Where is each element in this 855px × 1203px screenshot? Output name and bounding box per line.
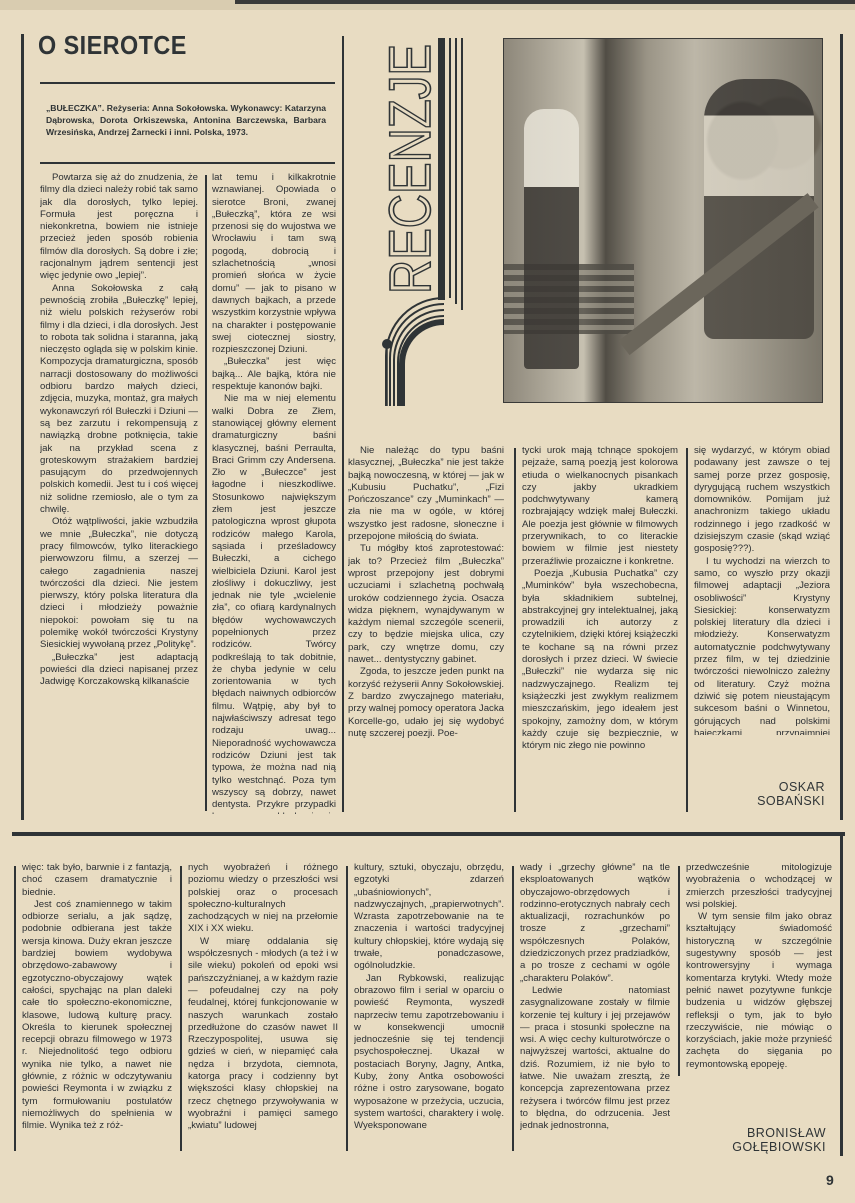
paragraph: nych wyobrażeń i różnego poziomu wiedzy …: [188, 862, 338, 936]
column-separator: [205, 175, 207, 811]
paragraph: kultury, sztuki, obyczaju, obrzędu, egzo…: [354, 862, 504, 973]
paragraph: Zgoda, to jeszcze jeden punkt na korzyść…: [348, 666, 504, 740]
paragraph: I tu wychodzi na wierzch to samo, co wys…: [694, 556, 830, 735]
photo-man-figure: [524, 109, 579, 369]
paragraph: Jest coś znamiennego w takim odbiorze se…: [22, 899, 172, 1133]
paragraph: Nie należąc do typu baśni klasycznej, „B…: [348, 445, 504, 543]
film-credits: „BUŁECZKA”. Reżyseria: Anna Sokołowska. …: [46, 102, 326, 138]
top-strip: [0, 0, 855, 10]
paragraph: Ledwie natomiast zasygnalizowane zostały…: [520, 985, 670, 1133]
review2-column-4: wady i „grzechy główne” na tle eksploato…: [520, 862, 670, 1152]
column-separator: [180, 866, 182, 1151]
paragraph: W tym sensie film jako obraz kształtując…: [686, 911, 832, 1071]
paragraph: przedwcześnie mitologizuje wyobrażenia o…: [686, 862, 832, 911]
column-separator: [512, 866, 514, 1151]
top-photo-edge: [235, 0, 855, 4]
section-divider: [12, 832, 845, 836]
frame-right-line: [840, 34, 843, 820]
column-separator: [678, 866, 680, 1076]
paragraph: lat temu i kilkakrotnie wznawianej. Opow…: [212, 172, 336, 356]
review2-column-1: więc: tak było, barwnie i z fantazją, ch…: [22, 862, 172, 1152]
column-separator: [342, 36, 344, 812]
paragraph: tycki urok mają tchnące spokojem pejzaże…: [522, 445, 678, 568]
review2-author: BRONISŁAW GOŁĘBIOWSKI: [690, 1126, 826, 1154]
credits-top-rule: [40, 82, 335, 84]
author-first-name: BRONISŁAW: [690, 1126, 826, 1140]
film-still-photo: [503, 38, 823, 403]
review1-author: OSKAR SOBAŃSKI: [700, 780, 825, 808]
paragraph: Poezja „Kubusia Puchatka” czy „Muminków”…: [522, 568, 678, 752]
paragraph: się wydarzyć, w którym obiad podawany je…: [694, 445, 830, 556]
frame-left-line: [21, 34, 24, 820]
page-number: 9: [826, 1172, 834, 1188]
paragraph: Nie ma w niej elementu walki Dobra ze Zł…: [212, 393, 336, 814]
review2-column-5: przedwcześnie mitologizuje wyobrażenia o…: [686, 862, 832, 1072]
review1-column-4: tycki urok mają tchnące spokojem pejzaże…: [522, 445, 678, 814]
review1-column-3: Nie należąc do typu baśni klasycznej, „B…: [348, 445, 504, 814]
paragraph: Jan Rybkowski, realizując obrazowo film …: [354, 973, 504, 1133]
paragraph: Powtarza się aż do znudzenia, że filmy d…: [40, 172, 198, 283]
review1-column-1: Powtarza się aż do znudzenia, że filmy d…: [40, 172, 198, 814]
author-first-name: OSKAR: [700, 780, 825, 794]
paragraph: „Bułeczka” jest adaptacją powieści dla d…: [40, 652, 198, 689]
review1-column-5: się wydarzyć, w którym obiad podawany je…: [694, 445, 830, 735]
paragraph: więc: tak było, barwnie i z fantazją, ch…: [22, 862, 172, 899]
column-separator: [514, 448, 516, 812]
author-last-name: SOBAŃSKI: [700, 794, 825, 808]
frame-right-line-2: [840, 836, 843, 1156]
paragraph: Anna Sokołowska z całą pewnością zrobiła…: [40, 283, 198, 517]
paragraph: Tu mógłby ktoś zaprotestować: jak to? Pr…: [348, 543, 504, 666]
review2-column-2: nych wyobrażeń i różnego poziomu wiedzy …: [188, 862, 338, 1152]
paragraph: wady i „grzechy główne” na tle eksploato…: [520, 862, 670, 985]
paragraph: „Bułeczka” jest więc bajką... Ale bajką,…: [212, 356, 336, 393]
review1-column-2: lat temu i kilkakrotnie wznawianej. Opow…: [212, 172, 336, 814]
column-separator: [346, 866, 348, 1151]
svg-text:RECENZJE: RECENZJE: [378, 44, 443, 294]
credits-bottom-rule: [40, 162, 335, 164]
review2-column-3: kultury, sztuki, obyczaju, obrzędu, egzo…: [354, 862, 504, 1152]
page-title: O SIEROTCE: [38, 30, 187, 61]
paragraph: Otóż wątpliwości, jakie wzbudziła we mni…: [40, 516, 198, 651]
column-separator: [14, 866, 16, 1151]
paragraph: W miarę oddalania się współczesnych - mł…: [188, 936, 338, 1133]
column-separator: [686, 448, 688, 812]
recenzje-logo-icon: RECENZJE: [350, 36, 480, 416]
author-last-name: GOŁĘBIOWSKI: [690, 1140, 826, 1154]
